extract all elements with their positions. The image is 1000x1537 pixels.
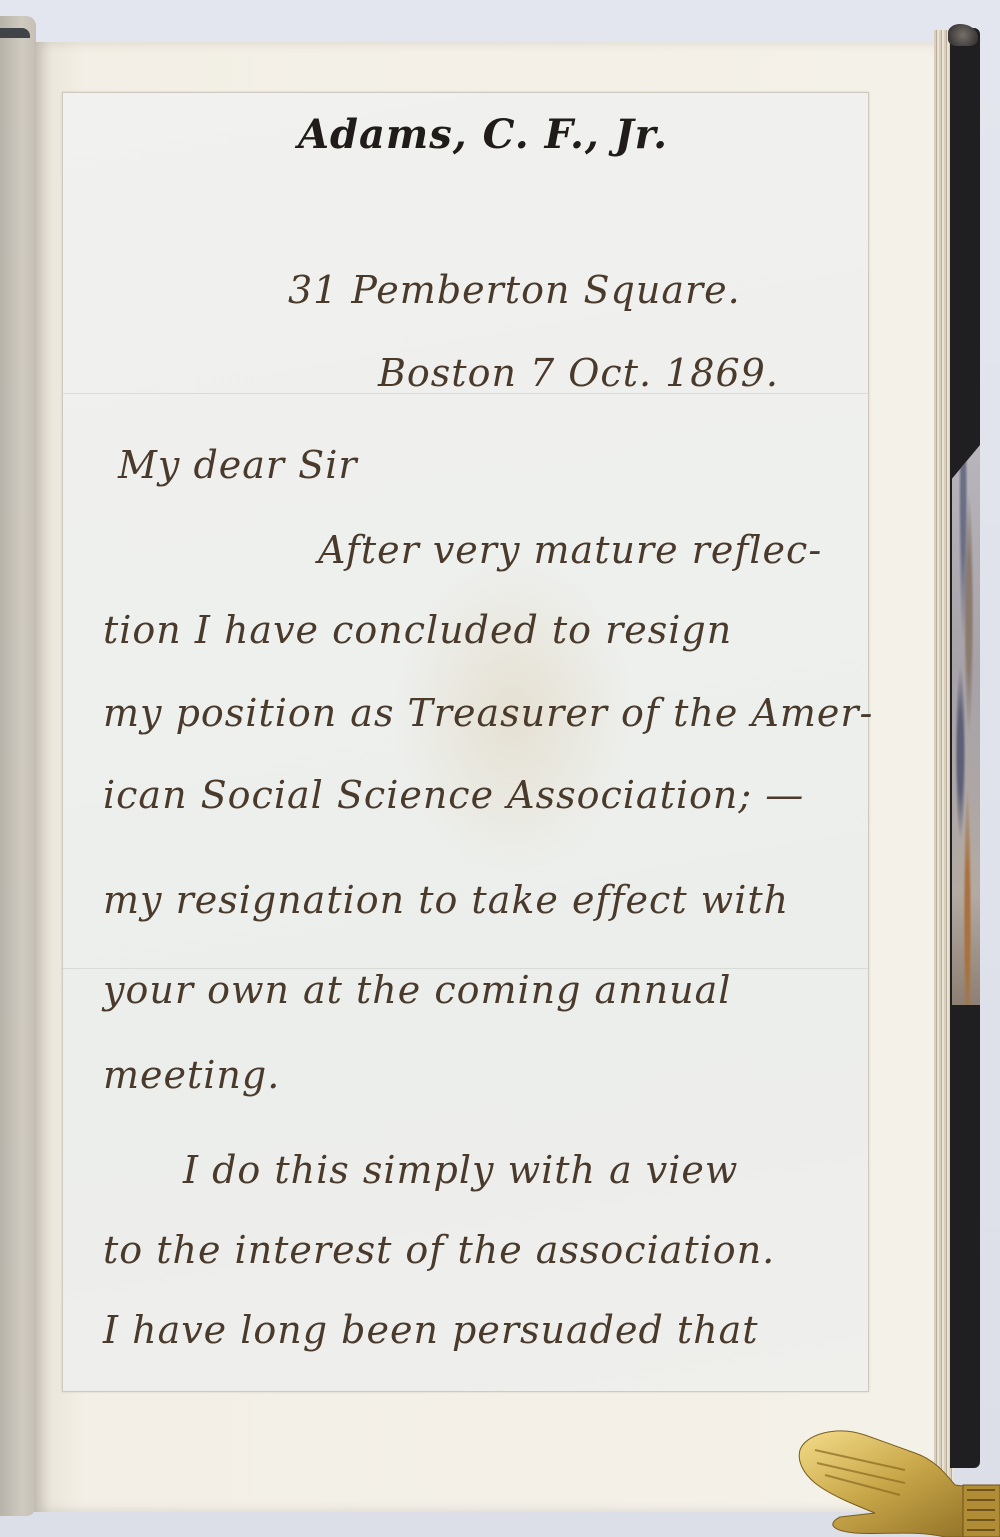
letter-line: I have long been persuaded that [103, 1308, 759, 1352]
left-page-edge [0, 28, 30, 38]
letter-line: my position as Treasurer of the Amer- [103, 691, 873, 735]
left-page [0, 16, 36, 1516]
letter-line: I do this simply with a view [183, 1148, 738, 1192]
letter-line: tion I have concluded to resign [103, 608, 732, 652]
letter-line: my resignation to take effect with [103, 878, 789, 922]
letter-sheet: Adams, C. F., Jr. 31 Pemberton Square. B… [62, 92, 869, 1392]
letter-line: ican Social Science Association; — [103, 773, 804, 817]
letter-line: meeting. [103, 1053, 280, 1097]
letter-line: your own at the coming annual [103, 968, 731, 1012]
letter-salutation: My dear Sir [118, 443, 358, 487]
marbled-endpaper [952, 445, 980, 1005]
letter-address: 31 Pemberton Square. [288, 268, 741, 312]
letter-line: After very mature reflec- [318, 528, 822, 572]
catalog-label: Adams, C. F., Jr. [298, 111, 668, 158]
letter-line: to the interest of the association. [103, 1228, 775, 1272]
hand-bookmark-icon [795, 1395, 1000, 1537]
letter-date: Boston 7 Oct. 1869. [378, 351, 779, 395]
